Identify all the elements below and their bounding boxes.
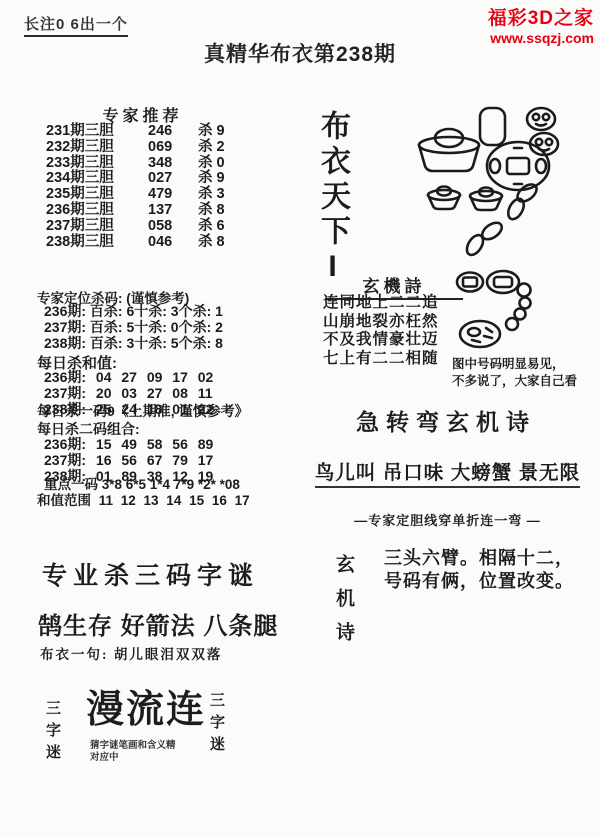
xuanji-text: 三头六臂。相隔十二， 号码有俩，位置改变。 <box>384 547 574 593</box>
poem-line: 连同地上二二追 <box>323 294 439 313</box>
buyi-tianxia-title: 布衣天下I <box>310 110 354 288</box>
poem-line: 不及我情豪壮迈 <box>323 331 439 350</box>
poem-line: 七上有二二相随 <box>323 350 439 369</box>
sharp-turn-subline: —专家定胆线穿单折连一弯 — <box>305 510 590 529</box>
list-item: 237期: 20 03 27 08 11 <box>44 385 213 401</box>
table-row: 237期三胆058杀 6 <box>46 219 248 235</box>
xuanji-poem-lines: 连同地上二二追 山崩地裂亦枉然 不及我情豪壮迈 七上有二二相随 <box>323 294 439 368</box>
list-item: 238期: 百杀: 3十杀: 5个杀: 8 <box>44 335 223 351</box>
table-row: 232期三胆069杀 2 <box>46 140 248 156</box>
sum-range-line: 和值范围 11 12 13 14 15 16 17 <box>37 489 250 509</box>
kill-three-code-riddle: 鹄生存 好箭法 八条腿 <box>38 606 278 641</box>
three-char-note: 猜字谜笔画和含义精 对应中 <box>90 740 176 764</box>
sharp-turn-heading: 急转弯玄机诗 <box>300 404 592 437</box>
list-item: 237期: 16 56 67 79 17 <box>44 452 213 468</box>
table-row: 234期三胆027杀 9 <box>46 171 248 187</box>
list-item: 236期: 04 27 09 17 02 <box>44 369 213 385</box>
site-logo-name: 福彩3D之家 <box>488 8 594 30</box>
table-row: 236期三胆137杀 8 <box>46 203 248 219</box>
list-item: 237期: 百杀: 5十杀: 0个杀: 2 <box>44 319 223 335</box>
table-row: 235期三胆479杀 3 <box>46 187 248 203</box>
daily-kill-one-code: 每日杀一码9《上期准, 谨慎参考》 <box>37 401 249 421</box>
xuanji-line: 三头六臂。相隔十二， <box>384 547 574 570</box>
kill-three-code-heading: 专业杀三码字谜 <box>42 556 259 592</box>
poem-caption: 图中号码明显易见， 不多说了，大家自己看 <box>452 356 577 390</box>
page-title: 真精华布衣第238期 <box>0 38 600 68</box>
list-item: 236期: 百杀: 6十杀: 3个杀: 1 <box>44 303 223 319</box>
three-char-answer: 漫流连 <box>86 678 206 733</box>
table-row: 231期三胆246杀 9 <box>46 124 248 140</box>
xuanji-side-label: 玄机诗 <box>330 554 357 656</box>
sharp-turn-riddle: 鸟儿叫 吊口味 大螃蟹 景无限 <box>305 457 590 485</box>
table-row: 238期三胆046杀 8 <box>46 235 248 251</box>
coin-chain-sketch-icon <box>448 268 564 354</box>
three-char-side-label-right: 三字迷 <box>206 692 227 758</box>
xuanji-line: 号码有俩，位置改变。 <box>384 570 574 593</box>
expert-recommend-table: 231期三胆246杀 9 232期三胆069杀 2 233期三胆348杀 0 2… <box>46 124 248 250</box>
buyi-sentence: 布衣一句: 胡儿眼泪双双落 <box>40 643 222 663</box>
top-handwritten-note: 长注0 6出一个 <box>24 13 128 37</box>
three-char-side-label-left: 三字迷 <box>42 700 63 766</box>
gold-ingots-and-coins-sketch-icon <box>392 103 594 258</box>
list-item: 236期: 15 49 58 56 89 <box>44 436 213 452</box>
poem-line: 山崩地裂亦枉然 <box>323 313 439 332</box>
position-kill-rows: 236期: 百杀: 6十杀: 3个杀: 1 237期: 百杀: 5十杀: 0个杀… <box>44 303 223 351</box>
